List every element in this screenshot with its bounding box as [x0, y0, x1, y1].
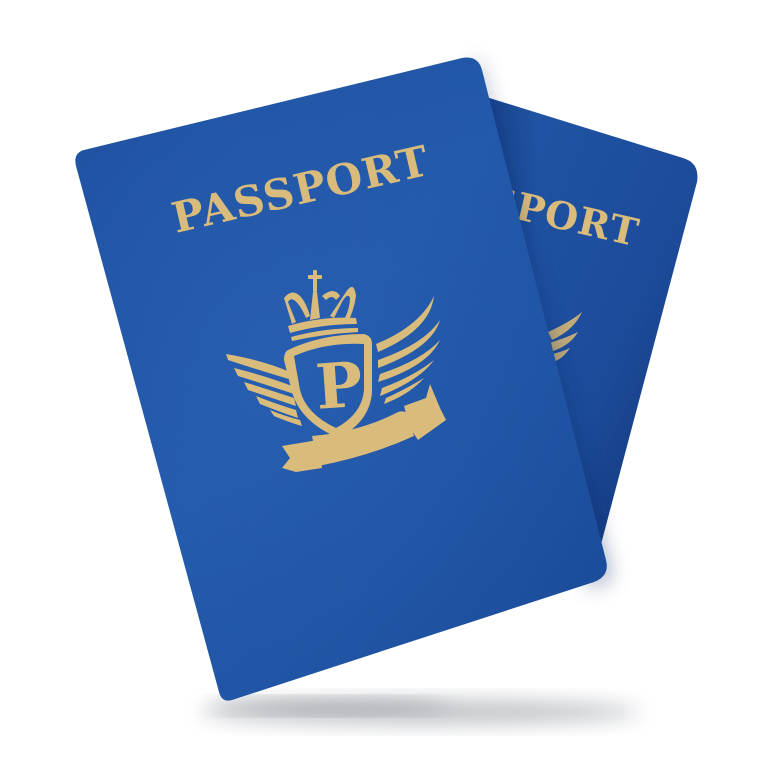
passport-illustration: SPORT PASSPORT [0, 0, 768, 768]
ground-shadow [200, 700, 640, 724]
emblem-letter: P [313, 348, 365, 424]
passports-svg: SPORT PASSPORT [0, 0, 768, 768]
